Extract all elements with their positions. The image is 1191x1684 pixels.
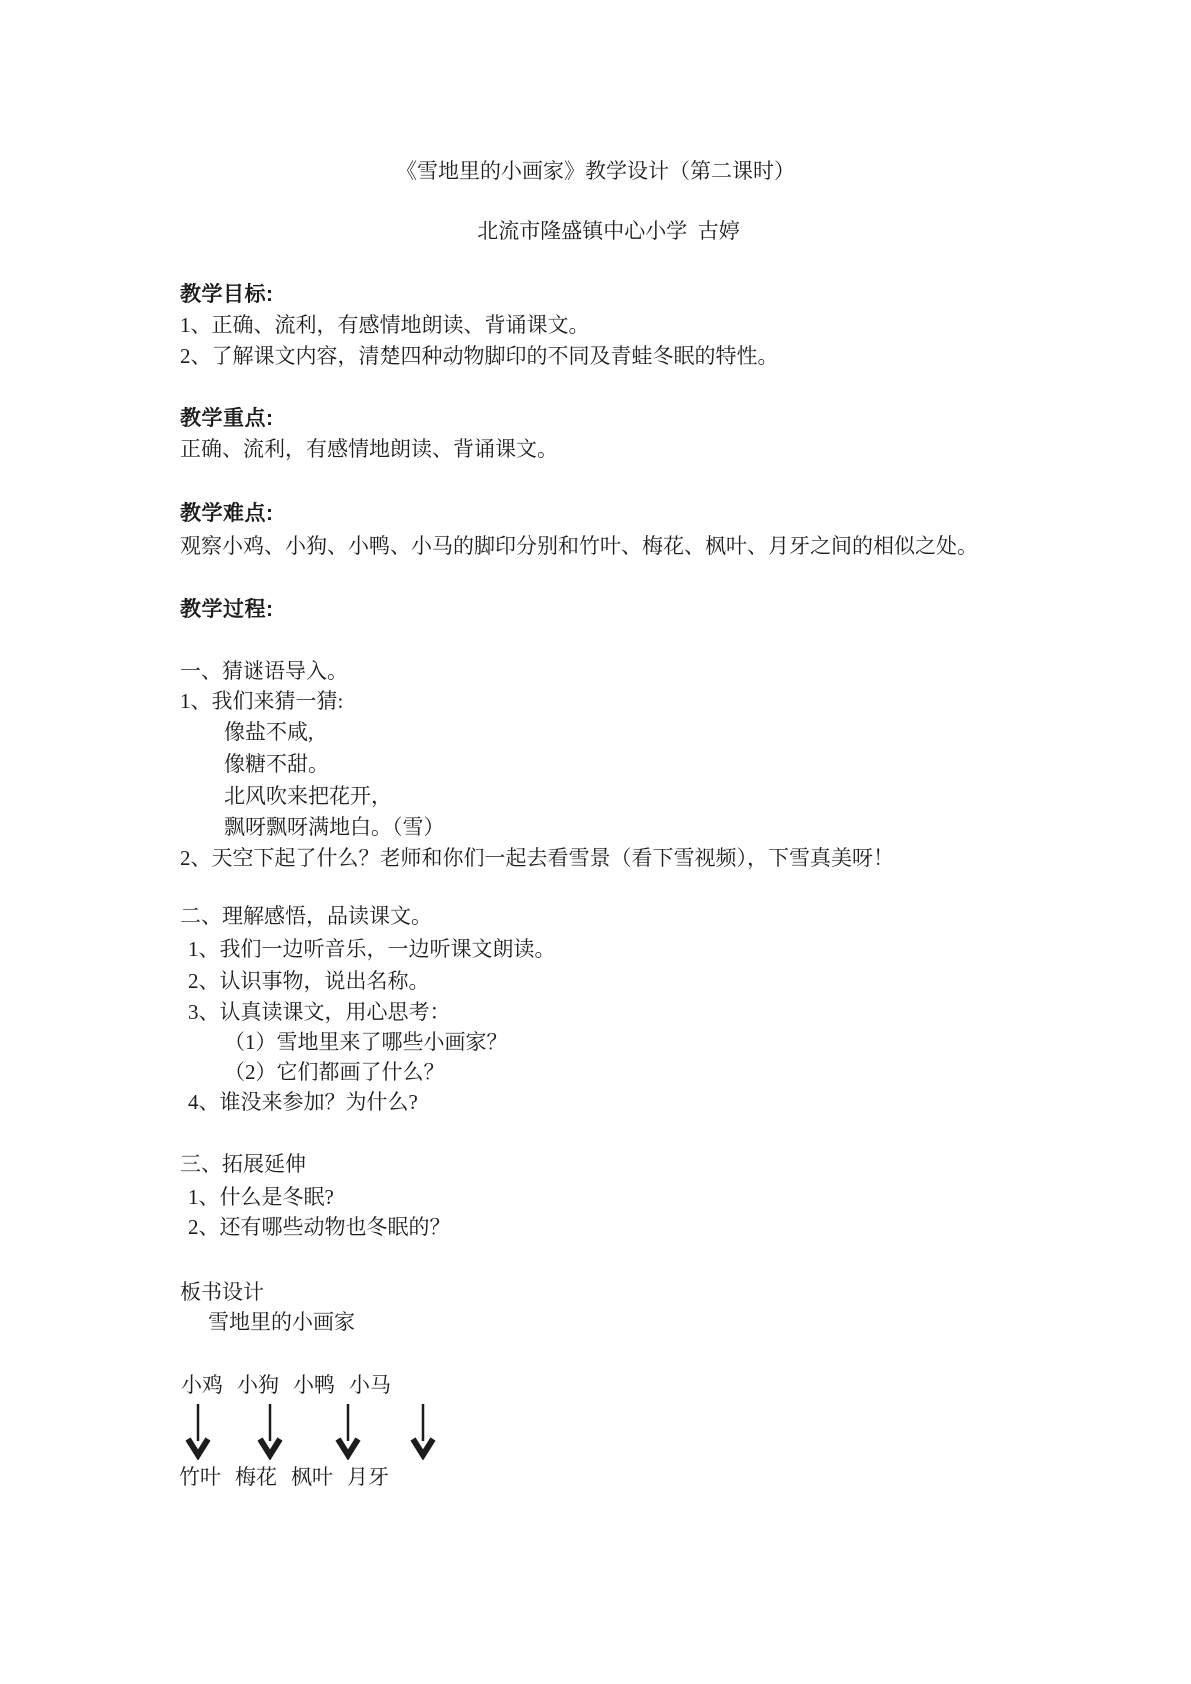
part1-lead: 1、我们来猜一猜: [180,686,343,717]
difficulty-heading: 教学难点: [180,498,274,529]
riddle-line: 飘呀飘呀满地白。（雪） [224,812,445,843]
doc-title: 《雪地里的小画家》教学设计（第二课时） [0,156,1191,187]
animal-label: 小鸭 [293,1370,335,1401]
part2-item: 1、我们一边听音乐，一边听课文朗读。 [188,934,556,965]
part1-follow: 2、天空下起了什么？老师和你们一起去看雪景（看下雪视频），下雪真美呀！ [180,843,894,874]
riddle-line: 像盐不咸, [224,717,313,748]
riddle-line: 北风吹来把花开， [224,781,392,812]
part2-subitem: （2）它们都画了什么？ [224,1057,445,1088]
process-heading: 教学过程: [180,594,274,625]
goals-heading: 教学目标: [180,279,274,310]
key-point-body: 正确、流利，有感情地朗读、背诵课文。 [180,434,558,465]
down-arrow-icon [256,1402,284,1460]
board-heading: 板书设计 [180,1277,264,1308]
board-prints-row: 竹叶 梅花 枫叶 月牙 [179,1462,389,1493]
part3-item: 2、还有哪些动物也冬眠的？ [188,1212,451,1243]
part1-title: 一、猜谜语导入。 [180,656,348,687]
part2-title: 二、理解感悟，品读课文。 [180,901,432,932]
print-label: 月牙 [347,1462,389,1493]
print-label: 梅花 [235,1462,277,1493]
part2-item: 2、认识事物，说出名称。 [188,966,430,997]
part3-title: 三、拓展延伸 [180,1149,306,1180]
key-point-heading: 教学重点: [180,403,274,434]
doc-byline: 北流市隆盛镇中心小学 古婷 [13,216,1191,247]
part2-item: 4、谁没来参加？为什么? [188,1087,418,1118]
animal-label: 小马 [349,1370,391,1401]
animal-label: 小鸡 [181,1370,223,1401]
down-arrow-icon [409,1402,437,1460]
part2-item: 3、认真读课文，用心思考： [188,997,451,1028]
down-arrow-icon [334,1402,362,1460]
down-arrow-icon [184,1402,212,1460]
difficulty-body: 观察小鸡、小狗、小鸭、小马的脚印分别和竹叶、梅花、枫叶、月牙之间的相似之处。 [180,531,978,562]
animal-label: 小狗 [237,1370,279,1401]
riddle-line: 像糖不甜。 [224,749,329,780]
goal-item: 1、正确、流利，有感情地朗读、背诵课文。 [180,310,590,341]
print-label: 竹叶 [179,1462,221,1493]
board-animals-row: 小鸡 小狗 小鸭 小马 [181,1370,391,1401]
document-page: 《雪地里的小画家》教学设计（第二课时） 北流市隆盛镇中心小学 古婷 教学目标: … [0,0,1191,1684]
print-label: 枫叶 [291,1462,333,1493]
goal-item: 2、了解课文内容，清楚四种动物脚印的不同及青蛙冬眠的特性。 [180,341,779,372]
part2-subitem: （1）雪地里来了哪些小画家？ [224,1027,508,1058]
board-lesson-title: 雪地里的小画家 [208,1307,355,1338]
part3-item: 1、什么是冬眠? [188,1182,334,1213]
